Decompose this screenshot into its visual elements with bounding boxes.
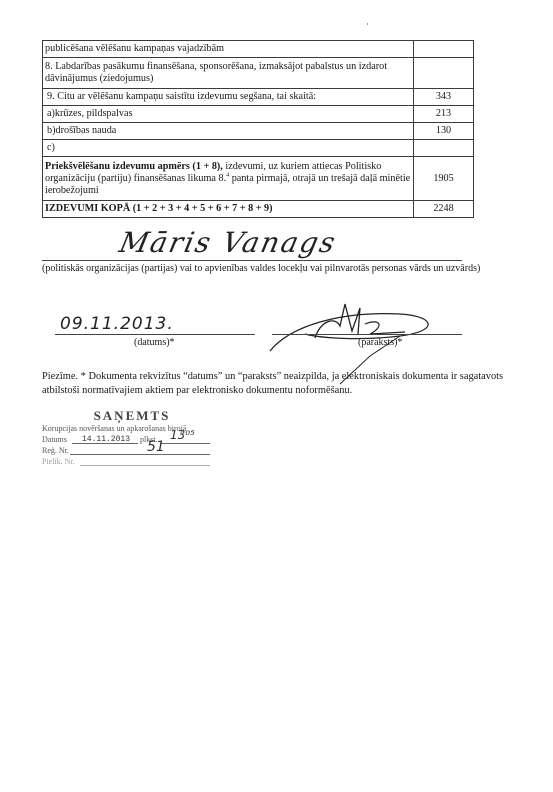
row-label: publicēšana vēlēšanu kampaņas vajadzībām [43,41,414,58]
row-value [414,58,474,89]
row-label: Priekšvēlēšanu izdevumu apmērs (1 + 8), … [43,157,414,201]
row-label: IZDEVUMI KOPĀ (1 + 2 + 3 + 4 + 5 + 6 + 7… [43,201,414,218]
row-value: 2248 [414,201,474,218]
name-line [42,260,462,261]
expenses-table: publicēšana vēlēšanu kampaņas vajadzībām… [42,40,474,218]
row-label: a)krūzes, pildspalvas [43,106,414,123]
stamp-reg-label: Reģ. Nr. [42,446,69,455]
handwritten-name: Māris Vanags [116,226,339,259]
row-value: 130 [414,123,474,140]
date-line [55,334,255,335]
row-value [414,41,474,58]
stamp-pages-row: Pielik. Nr. [42,457,212,468]
date-caption: (datums)* [134,337,175,348]
table-row: b)drošības nauda 130 [43,123,474,140]
row-value: 1905 [414,157,474,201]
stamp-reg-value: 51 [147,439,165,455]
table-row: 9. Citu ar vēlēšanu kampaņu saistītu izd… [43,89,474,106]
table-row: Priekšvēlēšanu izdevumu apmērs (1 + 8), … [43,157,474,201]
stamp-date-value: 14.11.2013 [82,435,130,444]
row-label: 9. Citu ar vēlēšanu kampaņu saistītu izd… [43,89,414,106]
name-caption: (politiskās organizācijas (partijas) vai… [42,263,480,274]
row-value [414,140,474,157]
row-label: c) [43,140,414,157]
received-stamp: SAŅEMTS Korupcijas novēršanas un apkaroš… [42,408,212,468]
stamp-title: SAŅEMTS [52,408,212,424]
table-row: a)krūzes, pildspalvas 213 [43,106,474,123]
table-row: c) [43,140,474,157]
table-row: publicēšana vēlēšanu kampaņas vajadzībām [43,41,474,58]
footnote: Piezīme. * Dokumenta rekvizītus “datums”… [42,370,512,398]
row-label-bold: Priekšvēlēšanu izdevumu apmērs (1 + 8), [45,161,223,172]
stamp-pages-label: Pielik. Nr. [42,457,75,466]
handwritten-date: 09.11.2013. [60,314,174,334]
stamp-time-value: 13⁰⁵ [170,428,195,442]
stamp-office: Korupcijas novēršanas un apkarošanas bir… [42,424,186,433]
row-label: b)drošības nauda [43,123,414,140]
row-value: 343 [414,89,474,106]
stamp-pages-line [80,457,210,466]
row-label: 8. Labdarības pasākumu finansēšana, spon… [43,58,414,89]
signature-line [272,334,462,335]
stamp-reg-row: Reģ. Nr. 51 [42,446,212,457]
scan-speck [367,23,368,25]
stamp-date-label: Datums [42,435,67,444]
table-row: 8. Labdarības pasākumu finansēšana, spon… [43,58,474,89]
signature-caption: (paraksts)* [358,337,402,348]
stamp-date-row: Datums 14.11.2013 plkst. 13⁰⁵ [42,435,212,446]
stamp-reg-line [70,446,210,455]
table-row-total: IZDEVUMI KOPĀ (1 + 2 + 3 + 4 + 5 + 6 + 7… [43,201,474,218]
row-value: 213 [414,106,474,123]
